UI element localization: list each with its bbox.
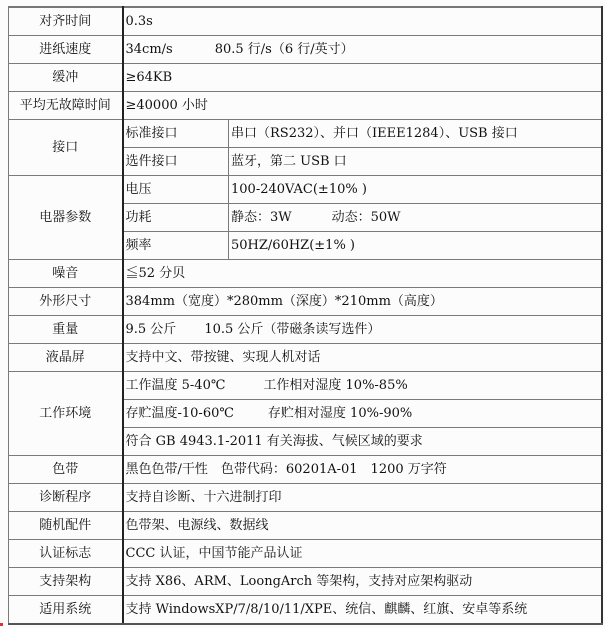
row-label: 支持架构 [9,568,123,596]
corner-mark [0,623,3,626]
row-value: 34cm/s80.5 行/s（6 行/英寸） [123,36,603,64]
sub-label: 频率 [123,232,229,260]
row-value: 支持自诊断、十六进制打印 [123,484,603,512]
value-part: 存贮相对湿度 10%-90% [268,406,412,421]
spec-table: 对齐时间 0.3s 进纸速度 34cm/s80.5 行/s（6 行/英寸） 缓冲… [8,6,603,625]
row-label: 对齐时间 [9,7,123,36]
row-value: 存贮温度-10-60℃存贮相对湿度 10%-90% [123,400,603,428]
row-label: 认证标志 [9,540,123,568]
row-label: 电器参数 [9,176,123,260]
row-value: 色带架、电源线、数据线 [123,512,603,540]
row-label: 重量 [9,316,123,344]
row-label: 外形尺寸 [9,288,123,316]
value-part: 存贮温度-10-60℃ [126,406,234,421]
value-part: 10.5 公斤（带磁条读写选件） [204,322,380,337]
table-row: 适用系统 支持 WindowsXP/7/8/10/11/XPE、统信、麒麟、红旗… [9,596,603,625]
row-label: 液晶屏 [9,344,123,372]
table-row: 认证标志 CCC 认证，中国节能产品认证 [9,540,603,568]
table-row: 液晶屏 支持中文、带按键、实现人机对话 [9,344,603,372]
table-row: 对齐时间 0.3s [9,7,603,36]
row-value: 384mm（宽度）*280mm（深度）*210mm（高度） [123,288,603,316]
row-value: ≥64KB [123,64,603,92]
row-label: 缓冲 [9,64,123,92]
row-label: 随机配件 [9,512,123,540]
row-value: 蓝牙，第二 USB 口 [229,148,603,176]
value-part: 34cm/s [126,42,173,57]
value-part: 工作温度 5-40℃ [126,378,226,393]
row-value: 支持中文、带按键、实现人机对话 [123,344,603,372]
table-row: 支持架构 支持 X86、ARM、LoongArch 等架构，支持对应架构驱动 [9,568,603,596]
value-part: 80.5 行/s（6 行/英寸） [215,42,354,57]
row-label: 诊断程序 [9,484,123,512]
row-value: 静态：3W动态：50W [229,204,603,232]
sub-label: 功耗 [123,204,229,232]
table-row: 重量 9.5 公斤10.5 公斤（带磁条读写选件） [9,316,603,344]
table-row: 噪音 ≦52 分贝 [9,260,603,288]
table-row: 随机配件 色带架、电源线、数据线 [9,512,603,540]
row-label: 进纸速度 [9,36,123,64]
row-value: 符合 GB 4943.1-2011 有关海拔、气候区域的要求 [123,428,603,456]
table-row: 工作环境 工作温度 5-40℃工作相对湿度 10%-85% [9,372,603,400]
row-label: 平均无故障时间 [9,92,123,120]
sub-label: 选件接口 [123,148,229,176]
table-row: 进纸速度 34cm/s80.5 行/s（6 行/英寸） [9,36,603,64]
table-row: 电器参数 电压 100-240VAC(±10% ) [9,176,603,204]
table-row: 外形尺寸 384mm（宽度）*280mm（深度）*210mm（高度） [9,288,603,316]
row-value: 支持 X86、ARM、LoongArch 等架构，支持对应架构驱动 [123,568,603,596]
value-part: 9.5 公斤 [126,322,177,337]
value-part: 静态：3W [231,210,292,225]
row-value: ≥40000 小时 [123,92,603,120]
row-value: 串口（RS232）、并口（IEEE1284）、USB 接口 [229,120,603,148]
table-row: 接口 标准接口 串口（RS232）、并口（IEEE1284）、USB 接口 [9,120,603,148]
row-value: CCC 认证，中国节能产品认证 [123,540,603,568]
table-row: 缓冲 ≥64KB [9,64,603,92]
row-value: 工作温度 5-40℃工作相对湿度 10%-85% [123,372,603,400]
row-value: 50HZ/60HZ(±1% ) [229,232,603,260]
value-part: 工作相对湿度 10%-85% [263,378,407,393]
table-row: 诊断程序 支持自诊断、十六进制打印 [9,484,603,512]
row-value: ≦52 分贝 [123,260,603,288]
row-value: 黑色色带/干性 色带代码：60201A-01 1200 万字符 [123,456,603,484]
row-label: 工作环境 [9,372,123,456]
sub-label: 电压 [123,176,229,204]
row-label: 适用系统 [9,596,123,625]
table-row: 平均无故障时间 ≥40000 小时 [9,92,603,120]
sub-label: 标准接口 [123,120,229,148]
row-value: 支持 WindowsXP/7/8/10/11/XPE、统信、麒麟、红旗、安卓等系… [123,596,603,625]
row-label: 接口 [9,120,123,176]
value-part: 动态：50W [332,210,401,225]
row-label: 噪音 [9,260,123,288]
row-label: 色带 [9,456,123,484]
row-value: 0.3s [123,7,603,36]
row-value: 9.5 公斤10.5 公斤（带磁条读写选件） [123,316,603,344]
table-row: 色带 黑色色带/干性 色带代码：60201A-01 1200 万字符 [9,456,603,484]
row-value: 100-240VAC(±10% ) [229,176,603,204]
